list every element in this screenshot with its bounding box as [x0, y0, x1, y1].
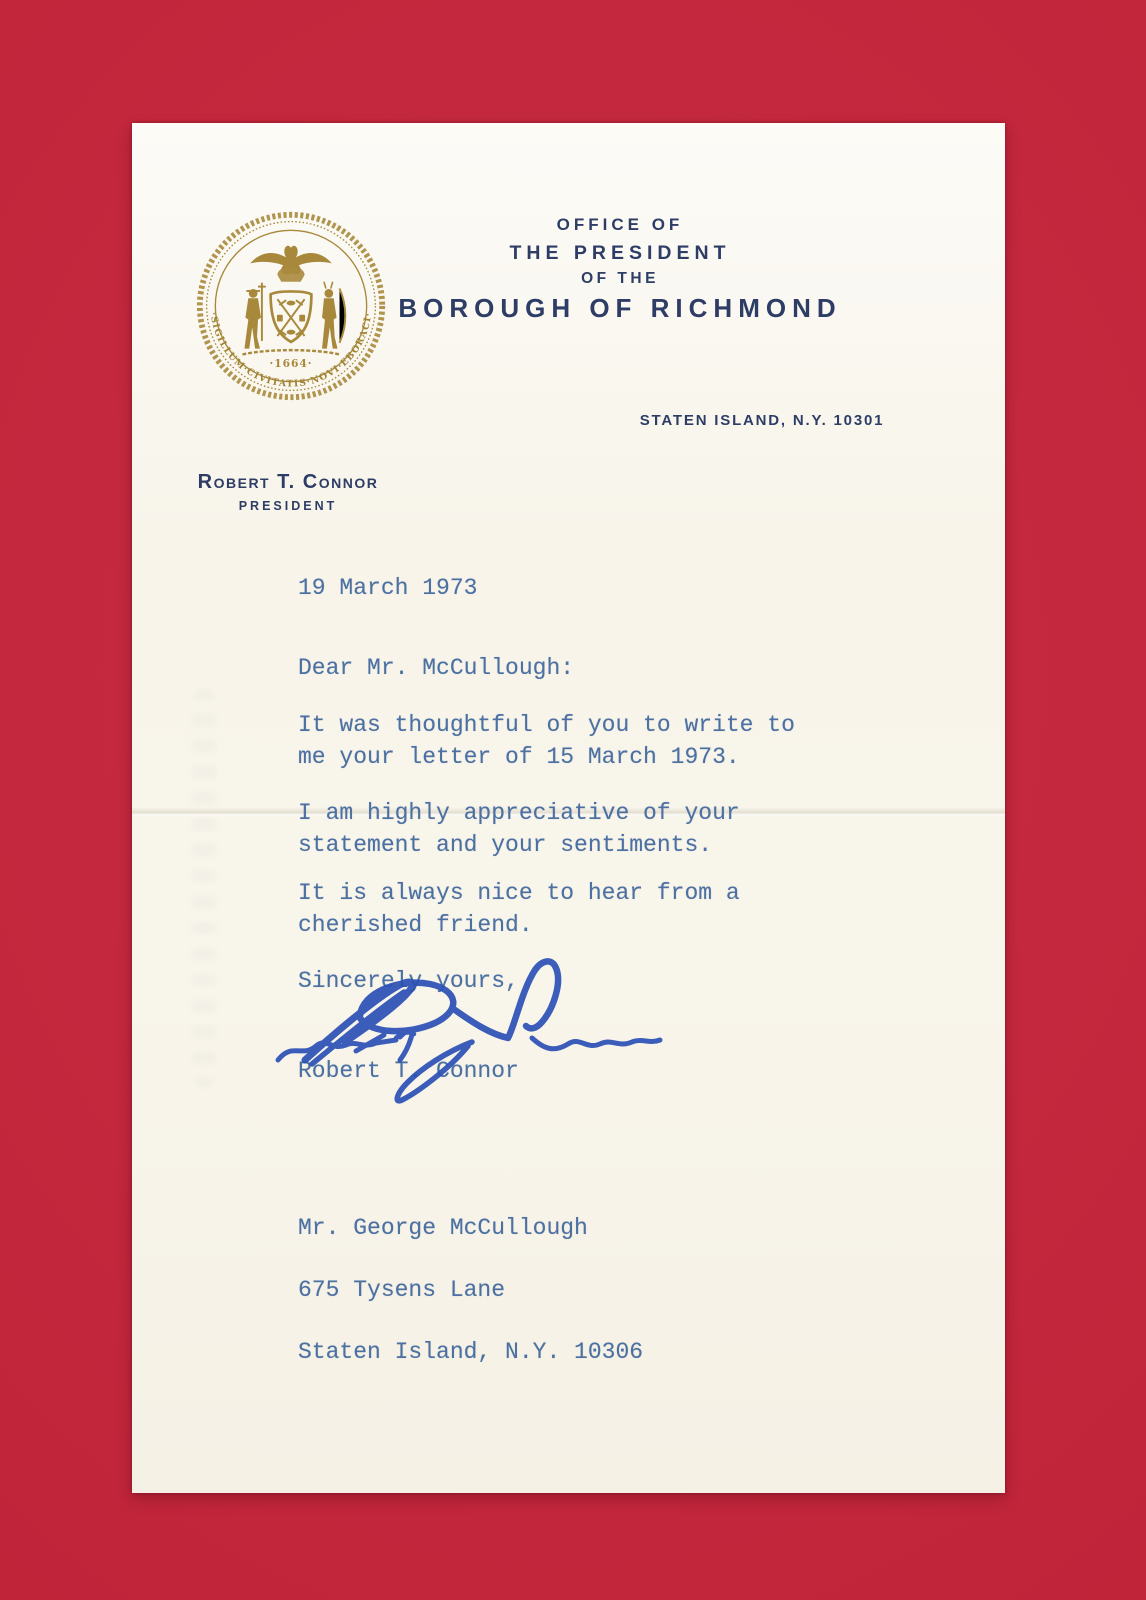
letter-paper: ·SIGILLUM·CIVITATIS·NOVI·EBORACI· [132, 123, 1005, 1493]
ink-showthrough [192, 688, 216, 1088]
official-title: PRESIDENT [173, 499, 403, 513]
letterhead-line-of-the: OF THE [235, 267, 1005, 291]
letterhead-heading: OFFICE OF THE PRESIDENT OF THE BOROUGH O… [235, 211, 1005, 323]
signature-ink [250, 930, 670, 1120]
official-name: Robert T. Connor [173, 471, 403, 494]
photo-background: ·SIGILLUM·CIVITATIS·NOVI·EBORACI· [0, 0, 1146, 1600]
letter-date: 19 March 1973 [298, 572, 477, 604]
official-block: Robert T. Connor PRESIDENT [173, 471, 403, 513]
seal-ground-branch [243, 350, 340, 354]
letterhead-location: STATEN ISLAND, N.Y. 10301 [482, 412, 1042, 429]
letter-paragraph: It was thoughtful of you to write to me … [298, 709, 795, 773]
letterhead-line-the-president: THE PRESIDENT [235, 239, 1005, 267]
letterhead-line-borough: BOROUGH OF RICHMOND [235, 293, 1005, 323]
recipient-address: Mr. George McCullough 675 Tysens Lane St… [298, 1182, 643, 1399]
letterhead-line-office-of: OFFICE OF [235, 211, 1005, 239]
recipient-name: Mr. George McCullough [298, 1213, 643, 1244]
letter-paragraph: I am highly appreciative of your stateme… [298, 797, 740, 861]
letter-salutation: Dear Mr. McCullough: [298, 652, 574, 684]
seal-year: ·1664· [270, 357, 313, 370]
recipient-street: 675 Tysens Lane [298, 1275, 643, 1306]
recipient-city: Staten Island, N.Y. 10306 [298, 1337, 643, 1368]
